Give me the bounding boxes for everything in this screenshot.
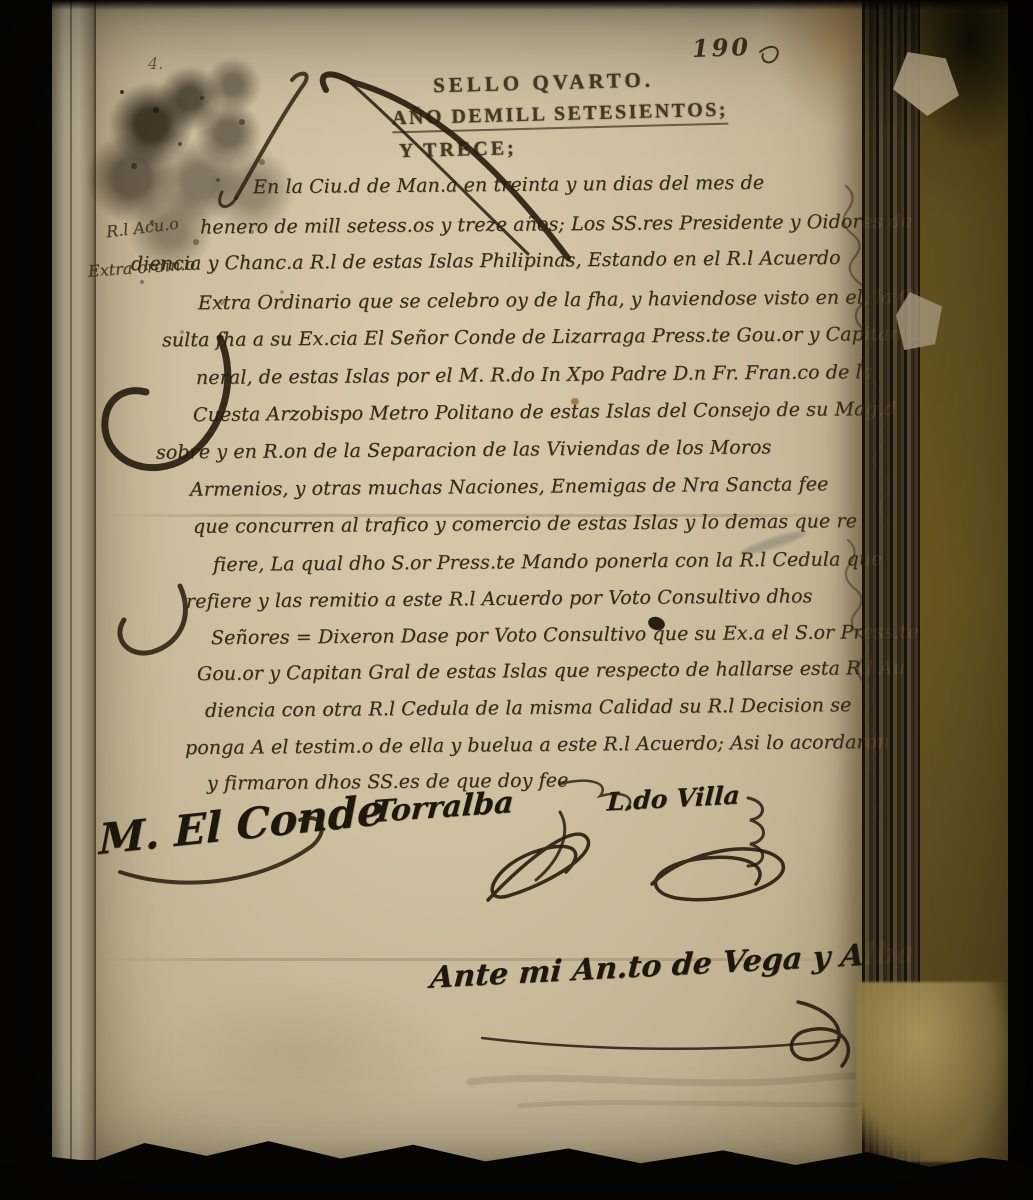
background-top: [0, 0, 1033, 10]
manuscript-line: refiere y las remitio a este R.l Acuerdo…: [186, 587, 813, 611]
paper-stain: [766, 0, 866, 130]
paper-stain: [150, 980, 450, 1130]
manuscript-line: En la Ciu.d de Man.a en treinta y un dia…: [253, 174, 764, 197]
manuscript-line: sobre y en R.on de la Separacion de las …: [156, 438, 772, 462]
cover-worn-patch: [856, 982, 1010, 1162]
tax-stamp: SELLO QVARTO. AÑO DEMILL SETESIENTOS; Y …: [391, 66, 729, 164]
archival-manuscript-scan: 4. 190 SELLO QVARTO. AÑO DEMILL SETESIEN…: [0, 0, 1033, 1200]
ink-speckles: [120, 90, 124, 94]
background-right: [1008, 0, 1033, 1200]
pencil-mark: 4.: [148, 56, 163, 72]
folio-number: 190: [692, 35, 752, 61]
stamp-line-year: AÑO DEMILL SETESIENTOS;: [392, 99, 729, 134]
